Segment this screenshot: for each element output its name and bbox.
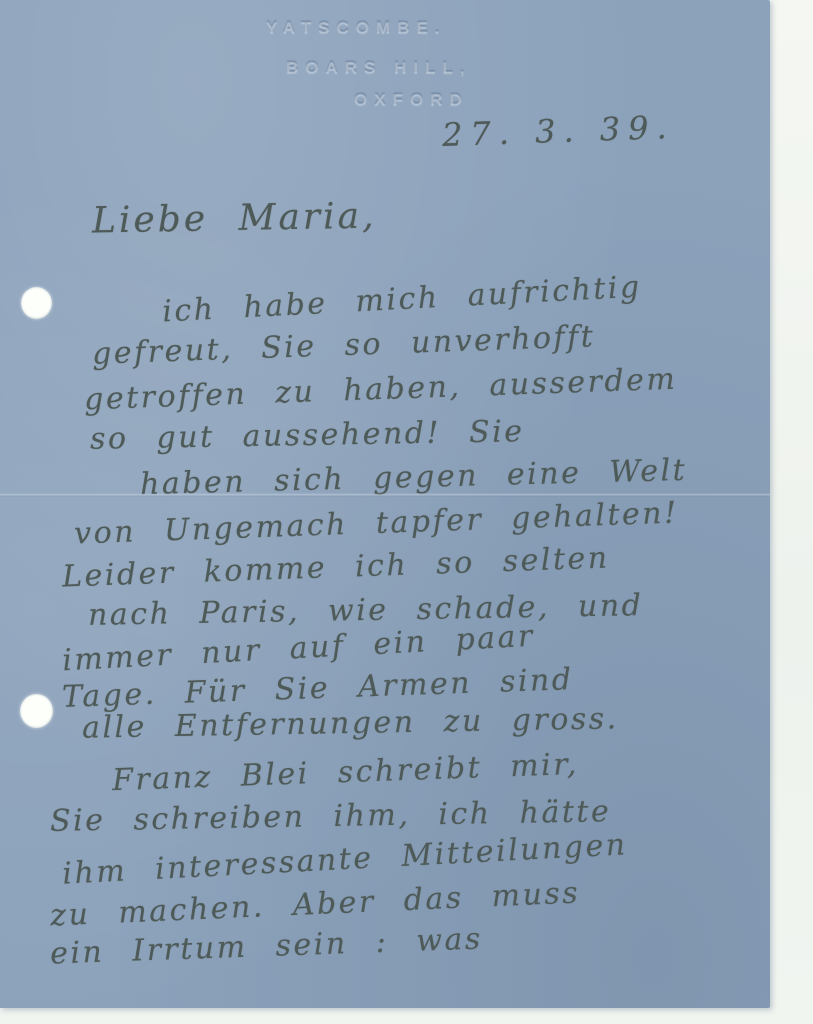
letterhead-line-house: YATSCOMBE. <box>266 18 447 38</box>
hole-punch-top <box>21 287 52 319</box>
letterhead-line-city: OXFORD <box>354 90 469 110</box>
fold-crease <box>0 493 770 497</box>
handwriting-line: nach Paris, wie schade, und <box>88 588 644 633</box>
salutation: Liebe Maria, <box>92 196 377 242</box>
handwriting-line: getroffen zu haben, ausserdem <box>84 362 678 418</box>
handwriting-line: so gut aussehend! Sie <box>90 414 525 457</box>
handwriting-line: Franz Blei schreibt mir, <box>112 747 580 798</box>
hole-punch-bottom <box>20 694 53 728</box>
letter-paper: YATSCOMBE. BOARS HILL, OXFORD 27. 3. 39.… <box>0 0 770 1008</box>
date: 27. 3. 39. <box>441 108 675 154</box>
letterhead-line-street: BOARS HILL, <box>286 58 472 78</box>
